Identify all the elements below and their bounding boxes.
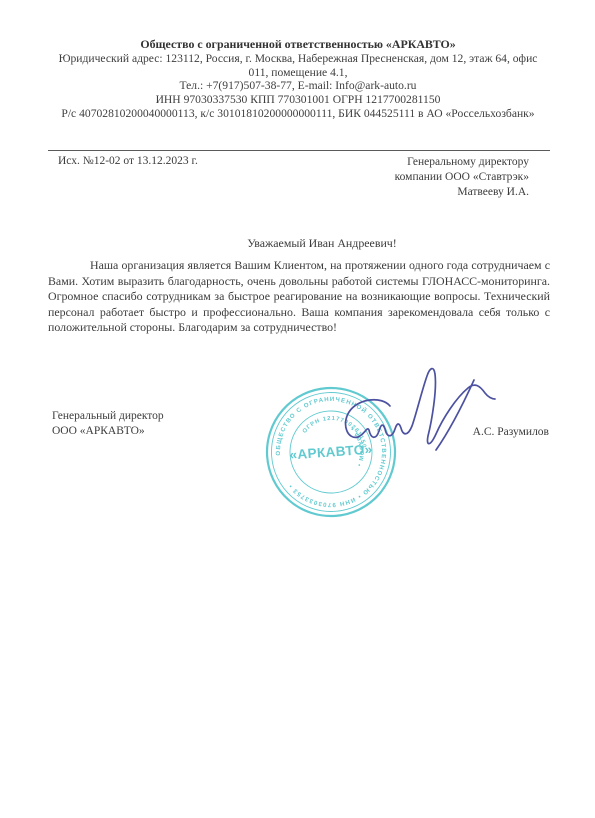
addressee-line-1: Генеральному директору [395,155,529,170]
company-title: Общество с ограниченной ответственностью… [38,38,558,52]
letterhead: Общество с ограниченной ответственностью… [38,38,558,121]
legal-address-line-2: 011, помещение 4.1, [38,66,558,80]
letter-body: Наша организация является Вашим Клиентом… [48,258,550,336]
signer-name: А.С. Разумилов [473,426,549,438]
signer-position-line-1: Генеральный директор [52,409,164,424]
addressee-line-3: Матвееву И.А. [395,185,529,200]
salutation: Уважаемый Иван Андреевич! [94,236,550,251]
bank-details-line: Р/с 40702810200040000113, к/с 3010181020… [38,107,558,121]
signer-position-block: Генеральный директор ООО «АРКАВТО» [52,409,164,440]
addressee-block: Генеральному директору компании ООО «Ста… [395,155,529,201]
legal-address-line-1: Юридический адрес: 123112, Россия, г. Мо… [38,52,558,66]
letter-page: Общество с ограниченной ответственностью… [0,0,595,818]
registration-line: ИНН 97030337530 КПП 770301001 ОГРН 12177… [38,93,558,107]
addressee-line-2: компании ООО «Ставтрэк» [395,170,529,185]
signature-crossing-stroke [436,380,474,450]
outgoing-reference: Исх. №12-02 от 13.12.2023 г. [58,155,198,167]
signer-position-line-2: ООО «АРКАВТО» [52,424,164,439]
letterhead-divider [48,150,550,151]
contacts-line: Тел.: +7(917)507-38-77, E-mail: Info@ark… [38,79,558,93]
handwritten-signature [328,360,503,462]
